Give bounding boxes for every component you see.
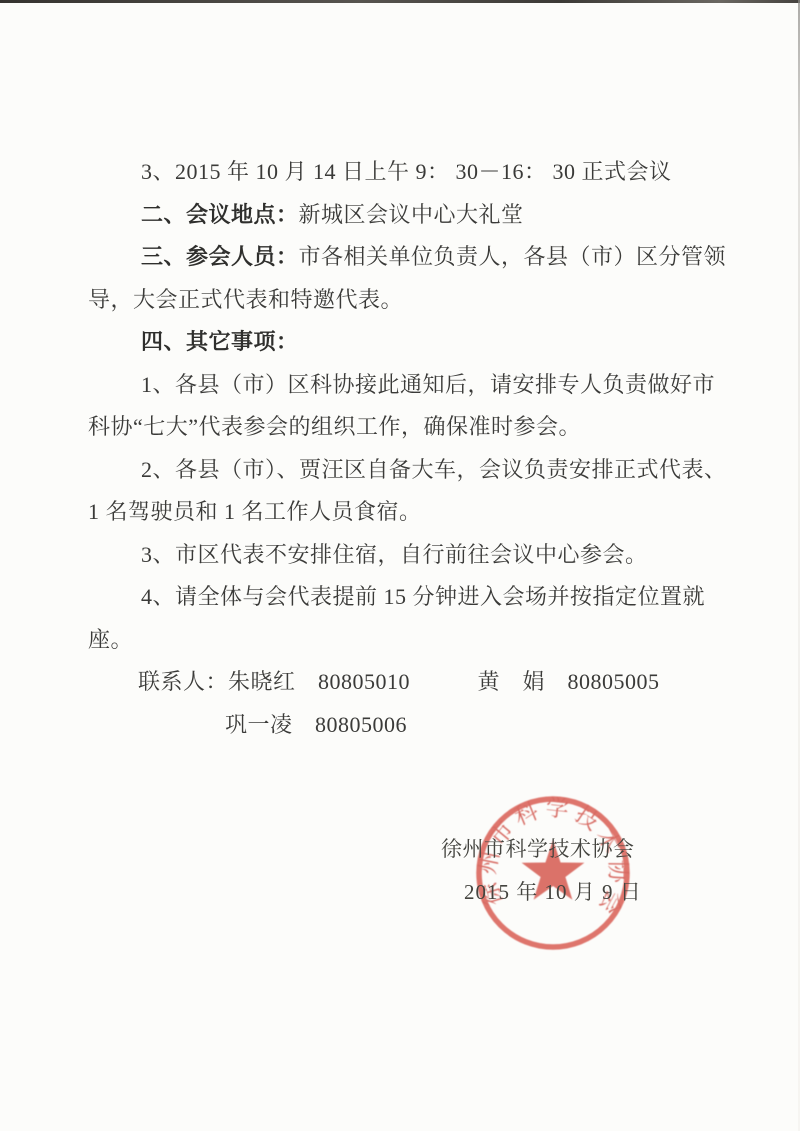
text-line: 巩一凌 80805006 [88, 704, 724, 747]
text-line: 四、其它事项： [88, 321, 724, 364]
text-segment: 联系人：朱晓红 80805010 黄 娟 80805005 [138, 669, 660, 694]
text-segment: 科协“七大”代表参会的组织工作，确保准时参会。 [88, 414, 581, 439]
text-segment: 座。 [88, 627, 133, 652]
signature-org: 徐州市科学技术协会 [441, 835, 635, 863]
text-line: 座。 [88, 619, 724, 662]
official-seal: 徐州市科学技术协会 [470, 790, 636, 956]
text-segment: 市各相关单位负责人，各县（市）区分管领 [299, 244, 727, 269]
text-line: 联系人：朱晓红 80805010 黄 娟 80805005 [88, 661, 724, 704]
text-line: 三、参会人员：市各相关单位负责人，各县（市）区分管领 [88, 236, 724, 279]
heading-segment: 四、其它事项： [141, 329, 299, 354]
text-segment: 1、各县（市）区科协接此通知后，请安排专人负责做好市 [141, 372, 715, 397]
body-lines: 3、2015 年 10 月 14 日上午 9： 30－16： 30 正式会议二、… [88, 151, 724, 746]
text-segment: 2、各县（市）、贾汪区自备大车，会议负责安排正式代表、 [141, 457, 727, 482]
text-line: 科协“七大”代表参会的组织工作，确保准时参会。 [88, 406, 724, 449]
text-line: 1 名驾驶员和 1 名工作人员食宿。 [88, 491, 724, 534]
text-segment: 新城区会议中心大礼堂 [299, 202, 524, 227]
text-line: 二、会议地点：新城区会议中心大礼堂 [88, 194, 724, 237]
heading-segment: 二、会议地点： [141, 202, 299, 227]
text-segment: 巩一凌 80805006 [225, 712, 407, 737]
signature-date: 2015 年 10 月 9 日 [464, 878, 642, 906]
text-line: 3、2015 年 10 月 14 日上午 9： 30－16： 30 正式会议 [88, 151, 724, 194]
text-line: 1、各县（市）区科协接此通知后，请安排专人负责做好市 [88, 364, 724, 407]
text-line: 3、市区代表不安排住宿，自行前往会议中心参会。 [88, 534, 724, 577]
text-segment: 导，大会正式代表和特邀代表。 [88, 287, 403, 312]
text-segment: 3、市区代表不安排住宿，自行前往会议中心参会。 [141, 542, 648, 567]
text-segment: 1 名驾驶员和 1 名工作人员食宿。 [88, 499, 422, 524]
text-line: 4、请全体与会代表提前 15 分钟进入会场并按指定位置就 [88, 576, 724, 619]
text-segment: 4、请全体与会代表提前 15 分钟进入会场并按指定位置就 [141, 584, 705, 609]
document-page: 3、2015 年 10 月 14 日上午 9： 30－16： 30 正式会议二、… [0, 0, 800, 1131]
scan-edge-artifact-top [0, 0, 800, 3]
text-line: 导，大会正式代表和特邀代表。 [88, 279, 724, 322]
heading-segment: 三、参会人员： [141, 244, 299, 269]
text-segment: 3、2015 年 10 月 14 日上午 9： 30－16： 30 正式会议 [141, 159, 672, 184]
text-line: 2、各县（市）、贾汪区自备大车，会议负责安排正式代表、 [88, 449, 724, 492]
